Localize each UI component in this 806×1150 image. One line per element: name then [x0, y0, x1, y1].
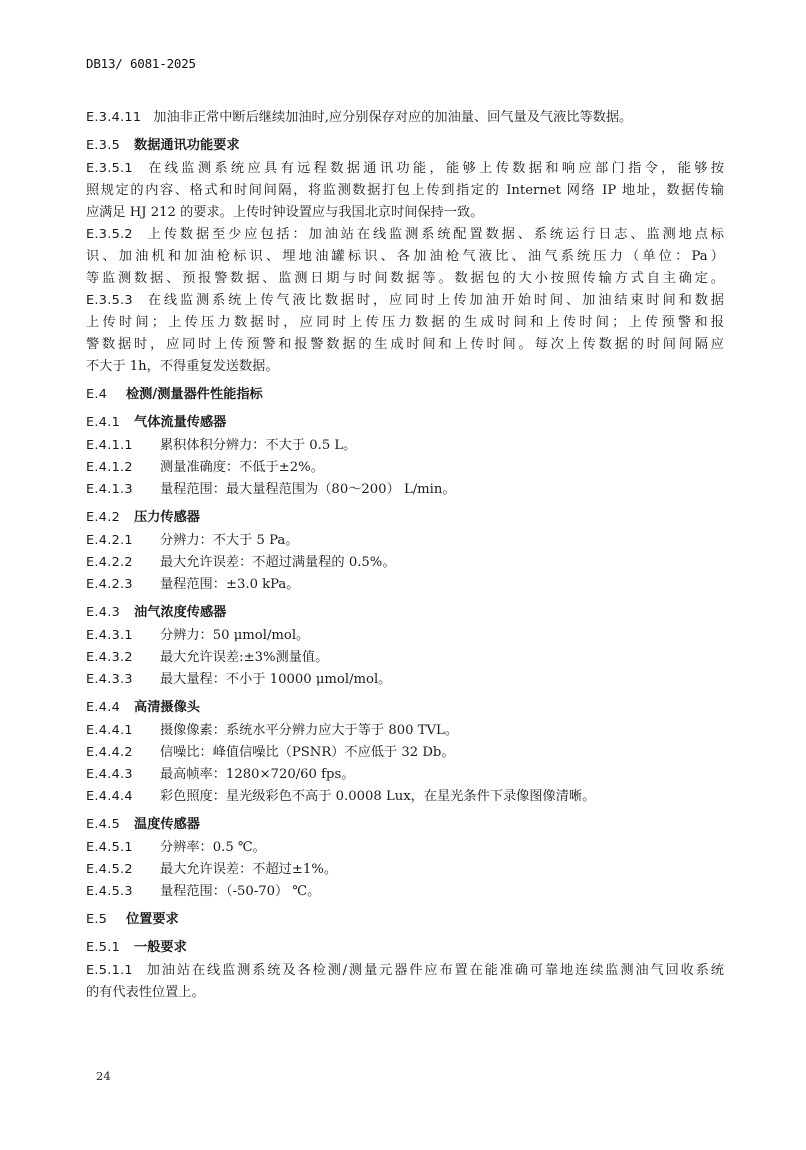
clause-number: E.4.4.3	[86, 764, 160, 786]
clause-text-line: 在线监测系统应具有远程数据通讯功能，能够上传数据和响应部门指令，能够按	[145, 161, 724, 176]
document-id: DB13/ 6081-2025	[86, 56, 196, 71]
clause-text-line: 的有代表性位置上。	[86, 982, 724, 1004]
heading-number: E.4.1	[86, 412, 120, 434]
clause-e451: E.4.5.1分辨率：0.5 ℃。	[86, 837, 724, 859]
clause-text-line: 等监测数据、预报警数据、监测日期与时间数据等。数据包的大小按照传输方式自主确定。	[86, 268, 724, 290]
page-number: 24	[96, 1069, 111, 1083]
clause-e431: E.4.3.1分辨力：50 μmol/mol。	[86, 625, 724, 647]
clause-text: 量程范围：±3.0 kPa。	[160, 577, 299, 592]
heading-title: 油气浓度传感器	[134, 605, 226, 620]
clause-e353: E.3.5.3在线监测系统上传气液比数据时，应同时上传加油开始时间、加油结束时间…	[86, 290, 724, 378]
heading-number: E.4.3	[86, 602, 120, 624]
clause-number: E.4.3.1	[86, 625, 160, 647]
clause-e3411: E.3.4.11加油非正常中断后继续加油时,应分别保存对应的加油量、回气量及气液…	[86, 107, 724, 129]
section-heading-e41: E.4.1气体流量传感器	[86, 412, 724, 434]
clause-number: E.4.2.2	[86, 552, 160, 574]
section-heading-e44: E.4.4高清摄像头	[86, 697, 724, 719]
clause-number: E.3.5.2	[86, 224, 133, 246]
clause-text: 累积体积分辨力：不大于 0.5 L。	[160, 438, 356, 453]
clause-e351: E.3.5.1在线监测系统应具有远程数据通讯功能，能够上传数据和响应部门指令，能…	[86, 158, 724, 224]
clause-number: E.4.4.2	[86, 742, 160, 764]
clause-text: 最大允许误差：不超过满量程的 0.5%。	[160, 555, 396, 570]
clause-text-line: 加油站在线监测系统及各检测/测量元器件应布置在能准确可靠地连续监测油气回收系统	[145, 963, 724, 978]
clause-number: E.4.2.1	[86, 530, 160, 552]
heading-number: E.4.2	[86, 507, 120, 529]
heading-number: E.3.5	[86, 135, 120, 157]
clause-text-line: 上传数据至少应包括：加油站在线监测系统配置数据、系统运行日志、监测地点标	[145, 227, 724, 242]
clause-text: 摄像像素：系统水平分辨力应大于等于 800 TVL。	[160, 723, 458, 738]
clause-number: E.3.5.1	[86, 158, 133, 180]
section-heading-e51: E.5.1一般要求	[86, 937, 724, 959]
section-heading-e5: E.5位置要求	[86, 909, 724, 931]
heading-title: 检测/测量器件性能指标	[126, 387, 263, 402]
clause-e453: E.4.5.3量程范围：（-50-70） ℃。	[86, 881, 724, 903]
heading-number: E.4.4	[86, 697, 120, 719]
clause-e511: E.5.1.1加油站在线监测系统及各检测/测量元器件应布置在能准确可靠地连续监测…	[86, 960, 724, 1004]
clause-number: E.4.1.2	[86, 457, 160, 479]
heading-number: E.4.5	[86, 814, 120, 836]
clause-text-line: 警数据时，应同时上传预警和报警数据的生成时间和上传时间。每次上传数据的时间间隔应	[86, 334, 724, 356]
clause-e444: E.4.4.4彩色照度：星光级彩色不高于 0.0008 Lux，在星光条件下录像…	[86, 786, 724, 808]
clause-e411: E.4.1.1累积体积分辨力：不大于 0.5 L。	[86, 435, 724, 457]
clause-number: E.4.5.2	[86, 859, 160, 881]
clause-number: E.5.1.1	[86, 960, 133, 982]
clause-text: 量程范围：（-50-70） ℃。	[160, 884, 320, 899]
heading-number: E.5	[86, 909, 126, 931]
clause-text-line: 不大于 1h，不得重复发送数据。	[86, 356, 724, 378]
clause-text: 最大允许误差:±3%测量值。	[160, 650, 328, 665]
heading-title: 一般要求	[134, 940, 187, 955]
clause-text-line: 在线监测系统上传气液比数据时，应同时上传加油开始时间、加油结束时间和数据	[145, 293, 724, 308]
section-heading-e43: E.4.3油气浓度传感器	[86, 602, 724, 624]
clause-number: E.4.4.1	[86, 720, 160, 742]
clause-number: E.4.1.3	[86, 479, 160, 501]
clause-e433: E.4.3.3最大量程：不小于 10000 μmol/mol。	[86, 669, 724, 691]
section-heading-e4: E.4检测/测量器件性能指标	[86, 384, 724, 406]
heading-title: 数据通讯功能要求	[134, 138, 240, 153]
clause-text: 分辨力：50 μmol/mol。	[160, 628, 309, 643]
clause-text-line: 识、加油机和加油枪标识、埋地油罐标识、各加油枪气液比、油气系统压力（单位：Pa）	[86, 246, 724, 268]
clause-number: E.3.5.3	[86, 290, 133, 312]
clause-number: E.4.4.4	[86, 786, 160, 808]
clause-number: E.4.2.3	[86, 574, 160, 596]
clause-text: 量程范围：最大量程范围为（80～200） L/min。	[160, 482, 456, 497]
heading-title: 气体流量传感器	[134, 415, 226, 430]
clause-number: E.4.1.1	[86, 435, 160, 457]
clause-text: 加油非正常中断后继续加油时,应分别保存对应的加油量、回气量及气液比等数据。	[153, 110, 632, 125]
clause-text: 最大量程：不小于 10000 μmol/mol。	[160, 672, 391, 687]
clause-text-line: 应满足 HJ 212 的要求。上传时钟设置应与我国北京时间保持一致。	[86, 202, 724, 224]
clause-e422: E.4.2.2最大允许误差：不超过满量程的 0.5%。	[86, 552, 724, 574]
clause-e421: E.4.2.1分辨力：不大于 5 Pa。	[86, 530, 724, 552]
heading-title: 压力传感器	[134, 510, 200, 525]
heading-title: 位置要求	[126, 912, 179, 927]
clause-e423: E.4.2.3量程范围：±3.0 kPa。	[86, 574, 724, 596]
clause-number: E.4.3.2	[86, 647, 160, 669]
clause-text: 分辨率：0.5 ℃。	[160, 840, 266, 855]
document-body: E.3.4.11加油非正常中断后继续加油时,应分别保存对应的加油量、回气量及气液…	[86, 107, 724, 1004]
clause-e432: E.4.3.2最大允许误差:±3%测量值。	[86, 647, 724, 669]
clause-text: 测量准确度：不低于±2%。	[160, 460, 324, 475]
clause-number: E.4.3.3	[86, 669, 160, 691]
clause-number: E.4.5.3	[86, 881, 160, 903]
clause-e441: E.4.4.1摄像像素：系统水平分辨力应大于等于 800 TVL。	[86, 720, 724, 742]
clause-number: E.4.5.1	[86, 837, 160, 859]
clause-e442: E.4.4.2信噪比：峰值信噪比（PSNR）不应低于 32 Db。	[86, 742, 724, 764]
clause-e413: E.4.1.3量程范围：最大量程范围为（80～200） L/min。	[86, 479, 724, 501]
clause-e412: E.4.1.2测量准确度：不低于±2%。	[86, 457, 724, 479]
clause-text: 分辨力：不大于 5 Pa。	[160, 533, 298, 548]
clause-text: 最大允许误差：不超过±1%。	[160, 862, 337, 877]
section-heading-e45: E.4.5温度传感器	[86, 814, 724, 836]
section-heading-e35: E.3.5数据通讯功能要求	[86, 135, 724, 157]
clause-e352: E.3.5.2上传数据至少应包括：加油站在线监测系统配置数据、系统运行日志、监测…	[86, 224, 724, 290]
clause-number: E.3.4.11	[86, 107, 141, 129]
clause-text: 信噪比：峰值信噪比（PSNR）不应低于 32 Db。	[160, 745, 455, 760]
heading-number: E.4	[86, 384, 126, 406]
clause-text: 最高帧率：1280×720/60 fps。	[160, 767, 354, 782]
heading-title: 高清摄像头	[134, 700, 200, 715]
section-heading-e42: E.4.2压力传感器	[86, 507, 724, 529]
heading-number: E.5.1	[86, 937, 120, 959]
clause-text-line: 上传时间；上传压力数据时，应同时上传压力数据的生成时间和上传时间；上传预警和报	[86, 312, 724, 334]
clause-text: 彩色照度：星光级彩色不高于 0.0008 Lux，在星光条件下录像图像清晰。	[160, 789, 595, 804]
clause-text-line: 照规定的内容、格式和时间间隔，将监测数据打包上传到指定的 Internet 网络…	[86, 180, 724, 202]
clause-e452: E.4.5.2最大允许误差：不超过±1%。	[86, 859, 724, 881]
clause-e443: E.4.4.3最高帧率：1280×720/60 fps。	[86, 764, 724, 786]
heading-title: 温度传感器	[134, 817, 200, 832]
